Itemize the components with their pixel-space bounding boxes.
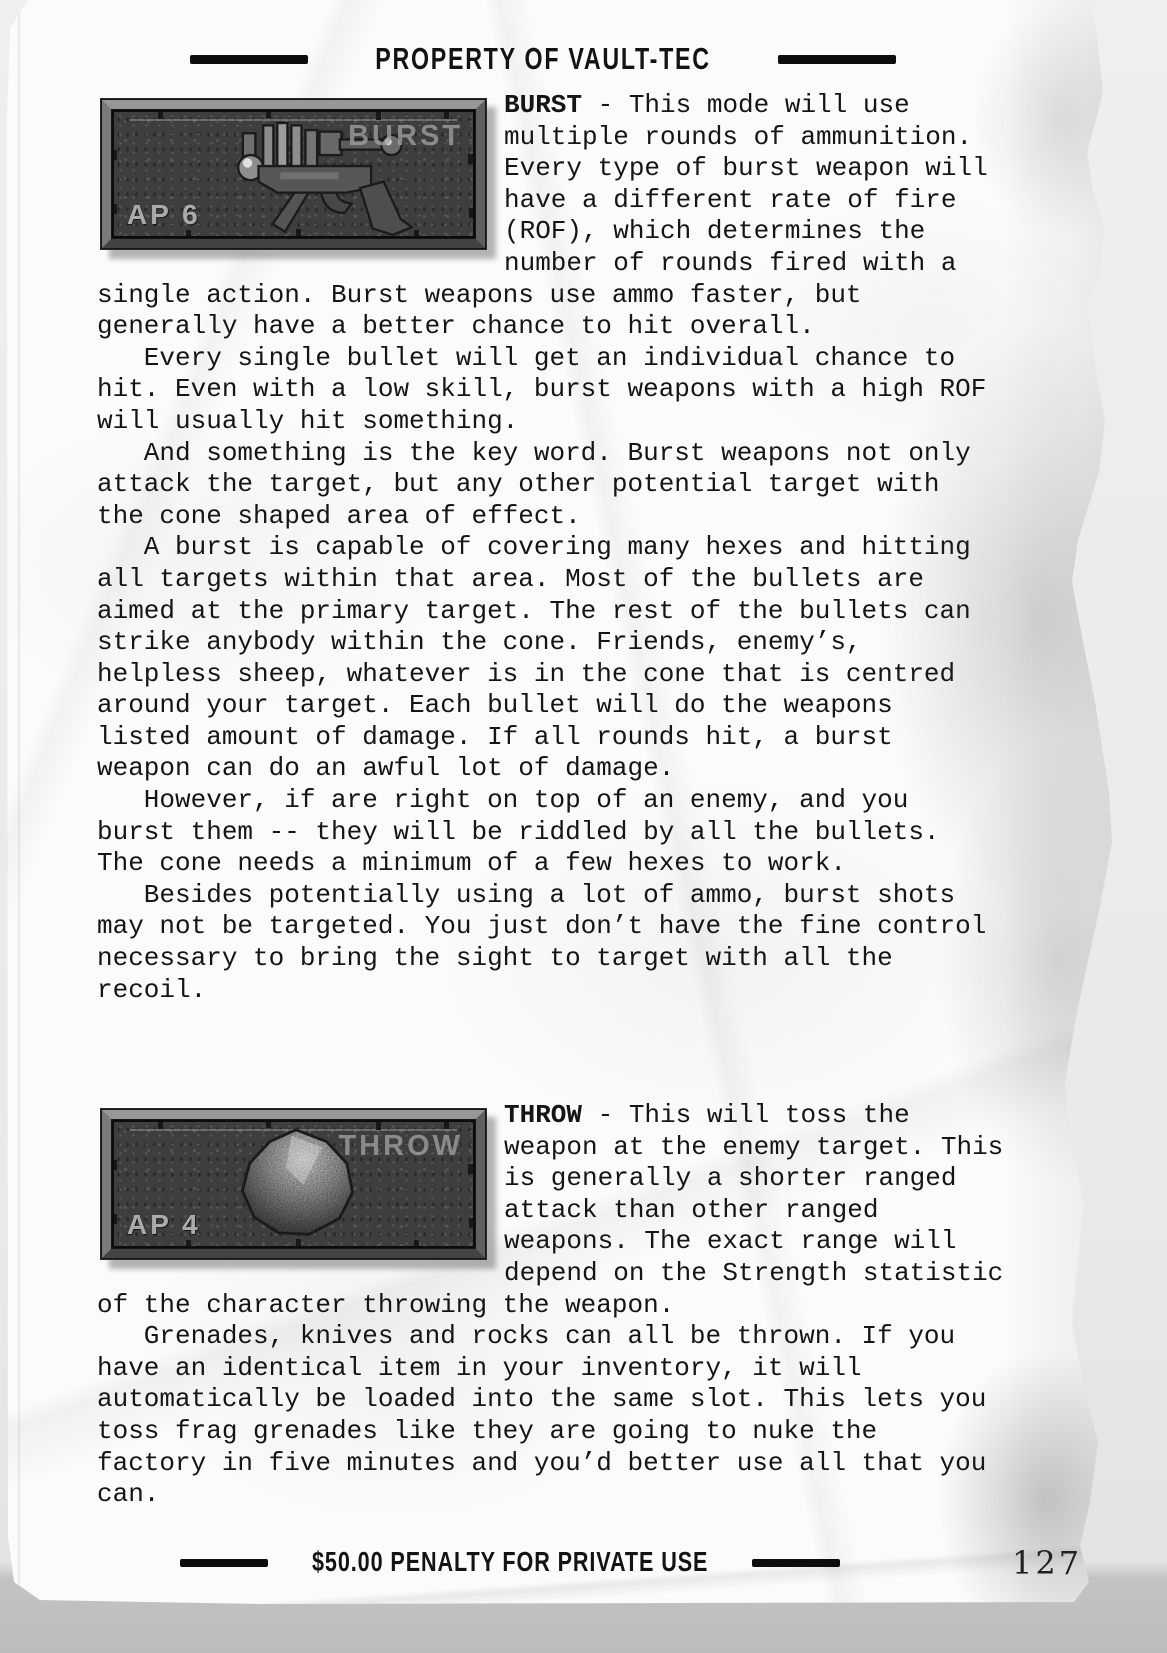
vault-tec-stamp: PROPERTY OF VAULT-TEC bbox=[375, 42, 710, 77]
throw-mode-label: THROW bbox=[338, 1130, 463, 1163]
burst-card-panel: BURST AP 6 bbox=[112, 110, 475, 238]
throw-ap-cost: AP 4 bbox=[127, 1209, 201, 1241]
page-footer: $50.00 PENALTY FOR PRIVATE USE bbox=[150, 1549, 870, 1577]
throw-term: THROW bbox=[504, 1100, 582, 1130]
frame-notches bbox=[114, 112, 119, 122]
page-fold-line bbox=[18, 0, 21, 1600]
page-header: PROPERTY OF VAULT-TEC bbox=[80, 44, 1006, 75]
throw-card-panel: THROW AP 4 bbox=[112, 1120, 475, 1248]
footer-rule-left bbox=[180, 1559, 268, 1567]
frame-notches bbox=[114, 1122, 119, 1132]
footer-rule-right bbox=[752, 1559, 840, 1567]
throw-mode-card: THROW AP 4 bbox=[100, 1108, 487, 1260]
burst-mode-label: BURST bbox=[348, 120, 463, 153]
penalty-stamp: $50.00 PENALTY FOR PRIVATE USE bbox=[312, 1547, 708, 1579]
burst-mode-card: BURST AP 6 bbox=[100, 98, 487, 250]
burst-ap-cost: AP 6 bbox=[127, 199, 201, 231]
header-rule-right bbox=[778, 55, 896, 64]
throw-section: THROW AP 4 THROW - This will toss the we… bbox=[97, 1100, 1021, 1511]
page-number: 127 bbox=[1012, 1544, 1082, 1582]
header-rule-left bbox=[190, 55, 308, 64]
burst-term: BURST bbox=[504, 90, 582, 120]
manual-page: PROPERTY OF VAULT-TEC bbox=[0, 0, 1167, 1653]
burst-section: BURST AP 6 BURST - This mode will use mu… bbox=[97, 90, 1021, 1006]
